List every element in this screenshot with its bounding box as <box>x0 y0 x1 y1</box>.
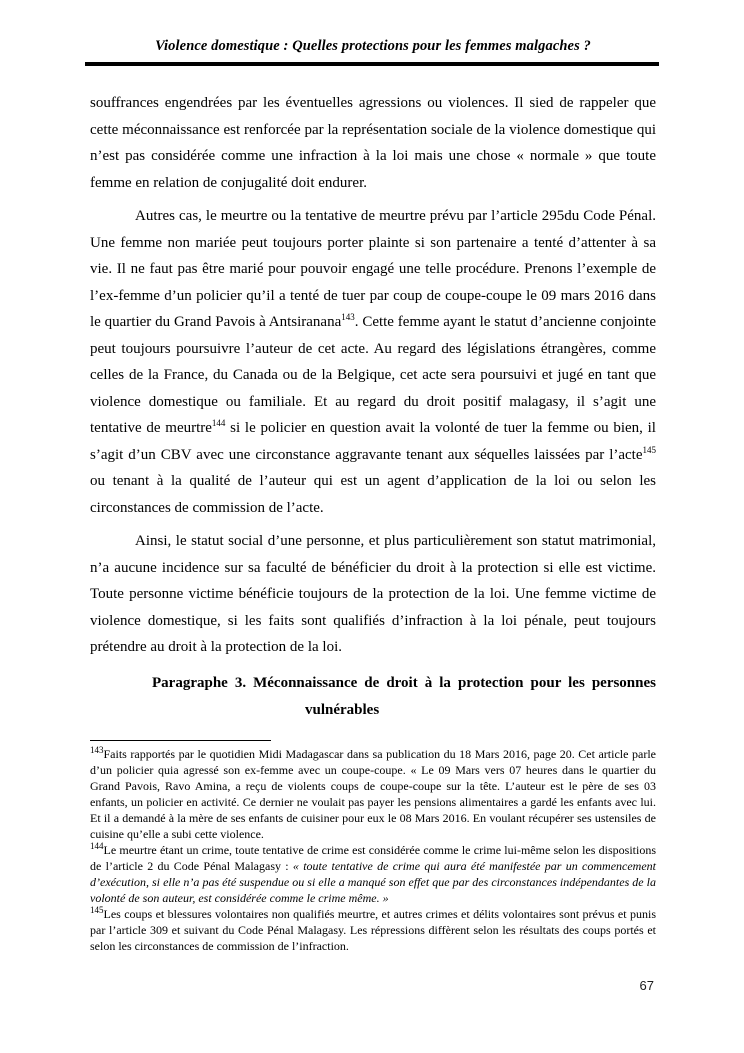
paragraph-2-text-a: Autres cas, le meurtre ou la tentative d… <box>90 208 656 330</box>
footnote-145-text: Les coups et blessures volontaires non q… <box>90 907 656 953</box>
paragraph-2-text-d: ou tenant à la qualité de l’auteur qui e… <box>90 473 656 516</box>
page-number: 67 <box>640 978 654 993</box>
section-heading-line1: Paragraphe 3. Méconnaissance de droit à … <box>90 670 656 697</box>
paragraph-1-text: souffrances engendrées par les éventuell… <box>90 95 656 191</box>
footnote-143-text: Faits rapportés par le quotidien Midi Ma… <box>90 747 656 841</box>
paragraph-continuation: souffrances engendrées par les éventuell… <box>90 90 656 196</box>
paragraph-ainsi: Ainsi, le statut social d’une personne, … <box>90 528 656 661</box>
paragraph-autres-cas: Autres cas, le meurtre ou la tentative d… <box>90 203 656 521</box>
footnote-ref-144: 144 <box>212 418 226 428</box>
footnote-separator-rule <box>90 740 271 741</box>
running-header-title: Violence domestique : Quelles protection… <box>90 38 656 55</box>
footnote-area: 143Faits rapportés par le quotidien Midi… <box>90 740 656 954</box>
footnote-143: 143Faits rapportés par le quotidien Midi… <box>90 746 656 842</box>
footnote-ref-143: 143 <box>341 312 355 322</box>
header-rule <box>85 62 659 66</box>
section-heading-line2: vulnérables <box>305 697 656 724</box>
body-text: souffrances engendrées par les éventuell… <box>90 90 656 723</box>
document-page: Violence domestique : Quelles protection… <box>0 0 744 1053</box>
footnote-145: 145Les coups et blessures volontaires no… <box>90 906 656 954</box>
paragraph-2-text-b: . Cette femme ayant le statut d’ancienne… <box>90 314 656 436</box>
footnote-144: 144Le meurtre étant un crime, toute tent… <box>90 842 656 906</box>
footnote-143-number: 143 <box>90 745 104 755</box>
footnote-145-number: 145 <box>90 905 104 915</box>
section-heading: Paragraphe 3. Méconnaissance de droit à … <box>90 670 656 724</box>
paragraph-3-text: Ainsi, le statut social d’une personne, … <box>90 533 656 655</box>
footnote-144-number: 144 <box>90 841 104 851</box>
footnote-ref-145: 145 <box>643 445 657 455</box>
